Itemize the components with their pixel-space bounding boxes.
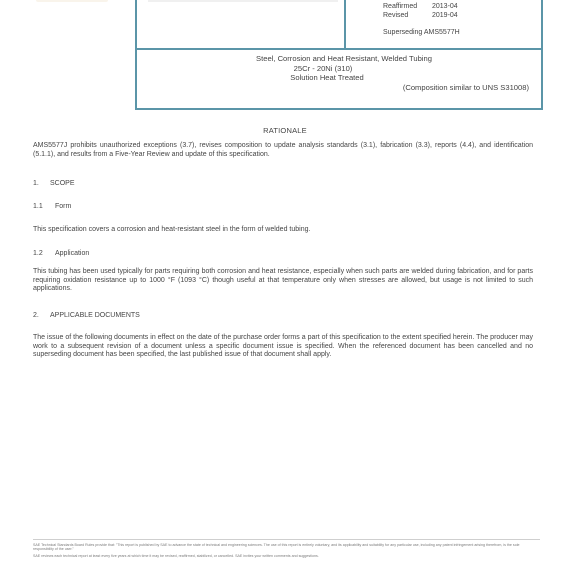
meta-value: 2013-04 bbox=[432, 2, 458, 11]
form-text: This specification covers a corrosion an… bbox=[33, 226, 533, 235]
section-number: 1.2 bbox=[33, 250, 55, 257]
meta-revised: Revised 2019-04 bbox=[383, 11, 460, 20]
title-line: Steel, Corrosion and Heat Resistant, Wel… bbox=[137, 54, 541, 64]
title-line: Solution Heat Treated bbox=[113, 73, 541, 83]
section-scope-heading: 1.SCOPE bbox=[33, 180, 75, 187]
applicable-documents-text: The issue of the following documents in … bbox=[33, 334, 533, 360]
section-form-heading: 1.1Form bbox=[33, 203, 71, 210]
footer-review-note: SAE reviews each technical report at lea… bbox=[33, 554, 540, 558]
document-title: Steel, Corrosion and Heat Resistant, Wel… bbox=[137, 54, 541, 92]
meta-reaffirmed: Reaffirmed 2013-04 bbox=[383, 2, 460, 11]
rationale-text: AMS5577J prohibits unauthorized exceptio… bbox=[33, 142, 533, 159]
header-divider bbox=[344, 0, 346, 50]
section-number: 1.1 bbox=[33, 203, 55, 210]
rationale-heading: RATIONALE bbox=[0, 126, 570, 135]
meta-label: Revised bbox=[383, 11, 432, 20]
section-title: APPLICABLE DOCUMENTS bbox=[50, 312, 140, 319]
title-line: (Composition similar to UNS S31008) bbox=[137, 83, 541, 93]
section-title: Application bbox=[55, 250, 89, 257]
footer-divider bbox=[33, 539, 540, 540]
section-number: 2. bbox=[33, 312, 50, 319]
section-number: 1. bbox=[33, 180, 50, 187]
title-line: 25Cr - 20Ni (310) bbox=[105, 64, 541, 74]
section-application-heading: 1.2Application bbox=[33, 250, 89, 257]
section-title: Form bbox=[55, 203, 71, 210]
document-header-box: Reaffirmed 2013-04 Revised 2019-04 Super… bbox=[135, 0, 543, 110]
header-top-section: Reaffirmed 2013-04 Revised 2019-04 Super… bbox=[137, 0, 541, 50]
footer-disclaimer: SAE Technical Standards Board Rules prov… bbox=[33, 543, 540, 552]
application-text: This tubing has been used typically for … bbox=[33, 268, 533, 294]
meta-label: Reaffirmed bbox=[383, 2, 432, 11]
section-title: SCOPE bbox=[50, 180, 75, 187]
superseding-note: Superseding AMS5577H bbox=[383, 28, 460, 37]
section-applicable-documents-heading: 2.APPLICABLE DOCUMENTS bbox=[33, 312, 140, 319]
cropped-logo bbox=[36, 0, 108, 2]
revision-info: Reaffirmed 2013-04 Revised 2019-04 Super… bbox=[383, 2, 460, 37]
meta-value: 2019-04 bbox=[432, 11, 458, 20]
